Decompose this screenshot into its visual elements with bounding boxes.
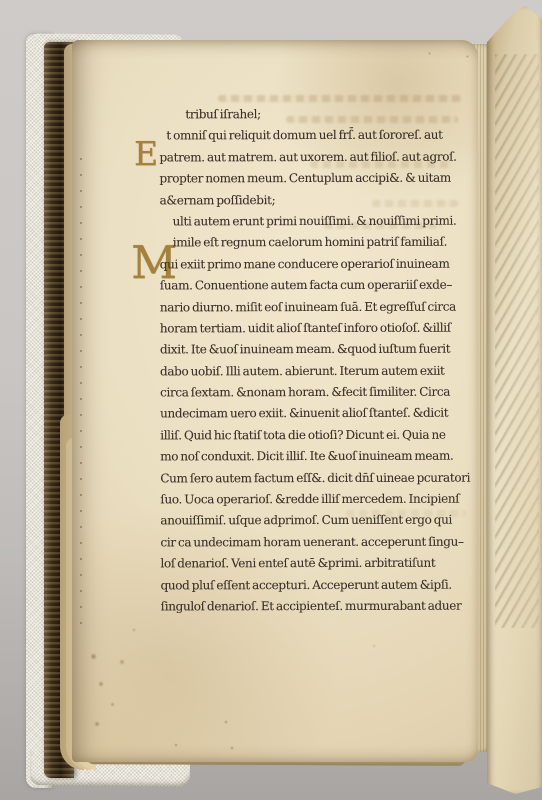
prick-hole [80, 606, 82, 608]
manuscript-line: patrem. aut matrem. aut uxorem. aut fili… [159, 146, 475, 168]
manuscript-line: dixit. Ite &uoſ inuineam meam. &quod iuſ… [160, 339, 476, 361]
prick-hole [80, 206, 82, 208]
parchment-stain [372, 644, 376, 648]
prick-hole [80, 622, 82, 624]
parchment-stain [119, 659, 125, 665]
manuscript-line: ſinguloſ denarioſ. Et accipienteſ. murmu… [161, 596, 477, 618]
parchment-stain [174, 743, 178, 747]
prick-hole [80, 254, 82, 256]
prick-hole [80, 430, 82, 432]
manuscript-line: loſ denarioſ. Veni enteſ autē &primi. ar… [161, 553, 477, 575]
manuscript-line: ſuam. Conuentione autem facta cum operar… [160, 275, 476, 297]
manuscript-line: t omniſ qui reliquit domum uel frſ̄. aut… [159, 125, 475, 147]
parchment-stain [98, 681, 104, 687]
prick-hole [80, 318, 82, 320]
manuscript-line: circa ſextam. &nonam horam. &fecit ſimil… [160, 382, 476, 404]
manuscript-line: anouiſſimiſ. uſque adprimoſ. Cum ueniſſe… [160, 510, 476, 532]
manuscript-line: Cum ſero autem factum eſſ&. dicit dn̄ſ u… [160, 467, 476, 489]
manuscript-line: propter nomen meum. Centuplum accipi&. &… [159, 168, 475, 190]
manuscript-line: horam tertiam. uidit alioſ ſtanteſ infor… [160, 317, 476, 339]
prick-hole [80, 510, 82, 512]
manuscript-line: qui exiit primo mane conducere operarioſ… [160, 253, 476, 275]
prick-hole [80, 462, 82, 464]
prick-hole [80, 190, 82, 192]
prick-hole [80, 238, 82, 240]
prick-hole [80, 398, 82, 400]
manuscript-line: mo noſ conduxit. Dicit illiſ. Ite &uoſ i… [160, 446, 476, 468]
prick-hole [80, 478, 82, 480]
facing-page [487, 6, 542, 794]
prick-hole [80, 350, 82, 352]
manuscript-line: imile eſt regnum caelorum homini patriſ … [160, 232, 476, 254]
prick-hole [80, 174, 82, 176]
prick-hole [80, 494, 82, 496]
prick-hole [80, 334, 82, 336]
parchment-stain [132, 628, 136, 632]
parchment-stain [110, 702, 115, 707]
manuscript-line: ulti autem erunt primi nouiſſimi. & noui… [160, 211, 476, 233]
parchment-stain [230, 746, 234, 750]
prick-hole [80, 302, 82, 304]
prick-hole [80, 366, 82, 368]
parchment-stain [466, 55, 469, 58]
show-through-mark [218, 95, 462, 102]
prick-hole [80, 414, 82, 416]
manuscript-line: quod pluſ eſſent accepturi. Acceperunt a… [161, 574, 477, 596]
prick-hole [80, 526, 82, 528]
manuscript-line: illiſ. Quid hic ſtatiſ tota die otioſi? … [160, 424, 476, 446]
prick-hole [80, 222, 82, 224]
prick-hole [80, 270, 82, 272]
manuscript-line: dabo uobiſ. Illi autem. abierunt. Iterum… [160, 360, 476, 382]
prick-hole [80, 590, 82, 592]
prick-hole [80, 542, 82, 544]
parchment-stain [224, 720, 228, 724]
manuscript-line: cir ca undecimam horam uenerant. acceper… [160, 531, 476, 553]
parchment-stain [94, 721, 100, 727]
illuminated-initial-E: E [134, 137, 158, 171]
prick-hole [80, 382, 82, 384]
facing-page-text [495, 54, 539, 628]
parchment-stain [90, 653, 97, 660]
prick-hole [80, 446, 82, 448]
text-block: tribuſ iſrahel;t omniſ qui reliquit domu… [159, 104, 476, 618]
manuscript-line: tribuſ iſrahel; [159, 104, 475, 126]
parchment-stain [428, 52, 431, 55]
prick-hole [80, 574, 82, 576]
manuscript-line: ſuo. Uoca operarioſ. &redde illiſ merced… [160, 489, 476, 511]
photograph: E M tribuſ iſrahel;t omniſ qui reliquit … [0, 0, 542, 800]
manuscript-line: nario diurno. miſit eoſ inuineam ſuā. Et… [160, 296, 476, 318]
prick-hole [80, 286, 82, 288]
manuscript-line: a&ernam poſſidebit; [160, 189, 476, 211]
prick-hole [80, 158, 82, 160]
manuscript-page: E M tribuſ iſrahel;t omniſ qui reliquit … [72, 40, 478, 762]
prick-hole [80, 558, 82, 560]
manuscript-line: undecimam uero exiit. &inuenit alioſ ſta… [160, 403, 476, 425]
